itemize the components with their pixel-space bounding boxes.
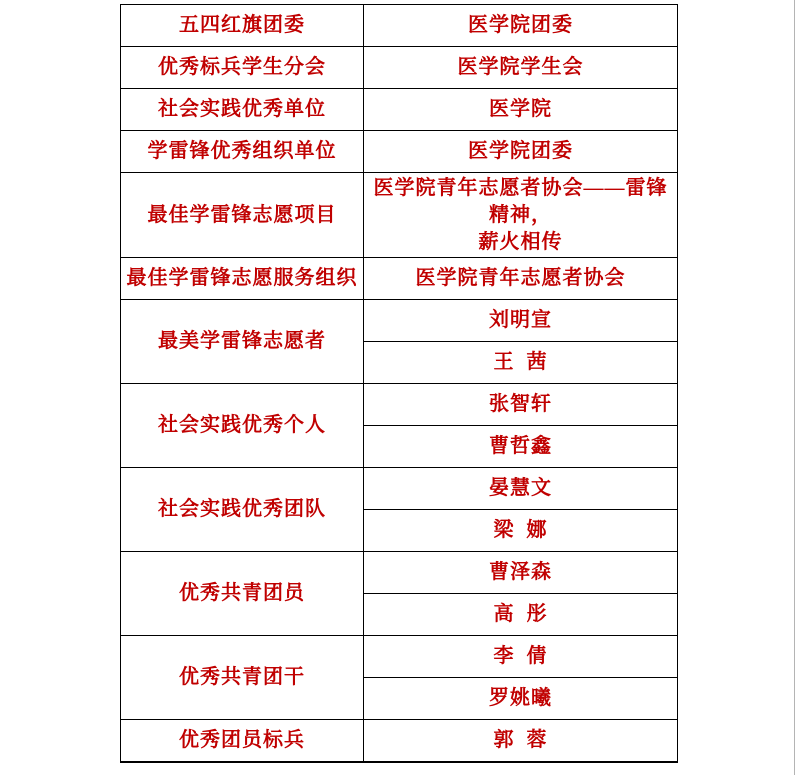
award-title-cell: 学雷锋优秀组织单位 [121,131,364,173]
recipient-cell: 医学院团委 [364,131,678,173]
table-row: 优秀团员标兵郭 蓉 [121,720,678,763]
award-title-cell: 社会实践优秀团队 [121,468,364,552]
table-row: 优秀共青团员曹泽森 [121,552,678,594]
recipient-cell: 高 彤 [364,594,678,636]
recipient-cell: 曹泽森 [364,552,678,594]
table-row: 优秀标兵学生分会医学院学生会 [121,47,678,89]
award-title-cell: 社会实践优秀单位 [121,89,364,131]
award-title-cell: 五四红旗团委 [121,5,364,47]
awards-table: 五四红旗团委医学院团委优秀标兵学生分会医学院学生会社会实践优秀单位医学院学雷锋优… [120,4,678,763]
recipient-cell: 医学院青年志愿者协会 [364,258,678,300]
table-row: 优秀共青团干李 倩 [121,636,678,678]
document-page: 五四红旗团委医学院团委优秀标兵学生分会医学院学生会社会实践优秀单位医学院学雷锋优… [0,0,795,775]
recipient-cell: 医学院团委 [364,5,678,47]
table-row: 五四红旗团委医学院团委 [121,5,678,47]
recipient-cell: 郭 蓉 [364,720,678,763]
recipient-cell: 张智轩 [364,384,678,426]
award-title-cell: 最美学雷锋志愿者 [121,300,364,384]
table-row: 最佳学雷锋志愿服务组织医学院青年志愿者协会 [121,258,678,300]
recipient-cell: 王 茜 [364,342,678,384]
recipient-cell: 医学院学生会 [364,47,678,89]
recipient-cell: 罗姚曦 [364,678,678,720]
award-title-cell: 优秀团员标兵 [121,720,364,763]
table-row: 最佳学雷锋志愿项目医学院青年志愿者协会——雷锋精神， 薪火相传 [121,173,678,258]
award-title-cell: 社会实践优秀个人 [121,384,364,468]
table-row: 学雷锋优秀组织单位医学院团委 [121,131,678,173]
award-title-cell: 优秀共青团员 [121,552,364,636]
table-row: 社会实践优秀单位医学院 [121,89,678,131]
recipient-cell: 李 倩 [364,636,678,678]
recipient-cell: 晏慧文 [364,468,678,510]
recipient-cell: 梁 娜 [364,510,678,552]
recipient-cell: 曹哲鑫 [364,426,678,468]
award-title-cell: 最佳学雷锋志愿项目 [121,173,364,258]
award-title-cell: 优秀标兵学生分会 [121,47,364,89]
recipient-cell: 医学院青年志愿者协会——雷锋精神， 薪火相传 [364,173,678,258]
table-row: 社会实践优秀个人张智轩 [121,384,678,426]
recipient-cell: 医学院 [364,89,678,131]
award-title-cell: 最佳学雷锋志愿服务组织 [121,258,364,300]
table-row: 社会实践优秀团队晏慧文 [121,468,678,510]
award-title-cell: 优秀共青团干 [121,636,364,720]
recipient-cell: 刘明宣 [364,300,678,342]
table-row: 最美学雷锋志愿者刘明宣 [121,300,678,342]
awards-table-body: 五四红旗团委医学院团委优秀标兵学生分会医学院学生会社会实践优秀单位医学院学雷锋优… [121,5,678,763]
